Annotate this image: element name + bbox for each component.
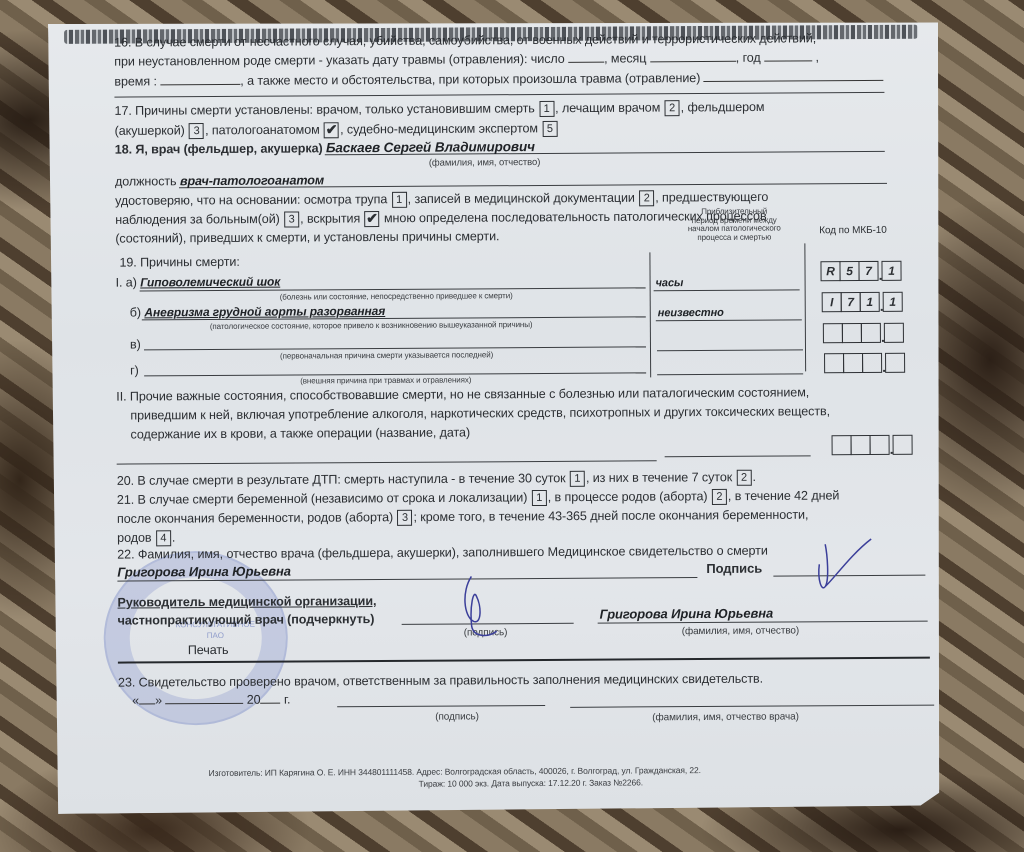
stamp-label: Печать <box>188 643 229 657</box>
item18-label: 18. Я, врач (фельдшер, акушерка) <box>115 141 323 156</box>
part2-period-line[interactable] <box>665 455 811 457</box>
icd-cell[interactable]: R <box>820 261 840 281</box>
item20-text: 20. В случае смерти в результате ДТП: см… <box>117 471 566 488</box>
icd-cell[interactable] <box>823 323 843 343</box>
icd-cell[interactable] <box>832 435 852 455</box>
item21-text: , в процессе родов (аборта) <box>548 489 708 504</box>
item18-text: наблюдения за больным(ой) <box>115 212 280 227</box>
period-a-line <box>654 289 800 291</box>
item23-signature-caption: (подпись) <box>435 711 479 722</box>
icd-code-a[interactable]: R 5 7 1 <box>821 261 901 281</box>
item21-line1: 21. В случае смерти беременной (независи… <box>117 488 839 508</box>
item16-year-field[interactable] <box>764 60 812 61</box>
head-label-2: частнопрактикующий врач (подчеркнуть) <box>118 612 375 628</box>
icd-code-c[interactable] <box>824 323 904 343</box>
icd-cell[interactable]: 1 <box>860 292 880 312</box>
item18-position: должность врач-патологоанатом <box>115 173 324 188</box>
item20-option-2[interactable]: 2 <box>736 470 751 486</box>
item16-extra-line <box>114 92 884 98</box>
icd-dot <box>882 355 886 373</box>
part2-value-line[interactable] <box>117 460 657 464</box>
item20-option-1[interactable]: 1 <box>570 471 585 487</box>
part2-line3: содержание их в крови, а также операции … <box>130 425 470 441</box>
item16-time-field[interactable] <box>160 84 240 85</box>
icd-cell[interactable] <box>870 435 890 455</box>
signature-label: Подпись <box>706 561 762 576</box>
head-name-caption: (фамилия, имя, отчество) <box>682 625 799 637</box>
cause-a-field[interactable]: Гиповолемический шок <box>140 275 280 290</box>
item16-line1: 16. В случае смерти от несчастного случа… <box>114 31 816 49</box>
item21-text: , в течение 42 дней <box>728 489 840 504</box>
cause-row-label: б) <box>130 305 141 319</box>
part2-line2: приведшим к ней, включая употребление ал… <box>130 404 830 422</box>
quote-open: « <box>132 693 139 707</box>
cause-row-d: г) <box>130 363 139 377</box>
item17-text: (акушеркой) <box>115 123 185 137</box>
item16-line2: при неустановленном роде смерти - указат… <box>114 50 819 68</box>
icd-cell[interactable] <box>851 435 871 455</box>
item20-text: , из них в течение 7 суток <box>586 470 732 485</box>
item19-title: 19. Причины смерти: <box>119 255 239 270</box>
item18-text: , вскрытия <box>300 211 360 225</box>
item17-text: , фельдшером <box>681 100 765 115</box>
position-label: должность <box>115 174 177 188</box>
footer-publisher: Изготовитель: ИП Карягина О. Е. ИНН 3448… <box>209 765 701 778</box>
icd-cell[interactable] <box>862 353 882 373</box>
item23-label: 23. Свидетельство проверено врачом, отве… <box>118 672 763 690</box>
item21-line3: родов 4. <box>117 530 175 546</box>
item21-text: . <box>172 531 175 545</box>
icd-cell[interactable] <box>824 353 844 373</box>
item23-name-caption: (фамилия, имя, отчество врача) <box>652 711 799 723</box>
period-header: Приблизительный период времени между нач… <box>669 207 799 242</box>
icd-dot <box>890 437 894 455</box>
item16-line3: время : , а также место и обстоятельства… <box>114 70 883 89</box>
column-divider-left <box>649 252 651 377</box>
cause-a-caption: (болезнь или состояние, непосредственно … <box>280 291 513 301</box>
item16-circumstances-field[interactable] <box>704 80 884 82</box>
item16-month-field[interactable] <box>650 61 736 63</box>
item21-option-4[interactable]: 4 <box>156 530 171 546</box>
filler-name-field[interactable]: Григорова Ирина Юрьевна <box>117 564 291 580</box>
icd-code-part2[interactable] <box>833 435 913 455</box>
icd10-header: Код по МКБ-10 <box>819 225 886 236</box>
icd-cell[interactable]: I <box>822 292 842 312</box>
item18-option-2[interactable]: 2 <box>639 190 654 206</box>
cause-c-caption: (первоначальная причина смерти указывает… <box>280 350 493 360</box>
item17-line1: 17. Причины смерти установлены: врачом, … <box>114 100 764 120</box>
item17-option-1[interactable]: 1 <box>539 101 554 117</box>
icd-dot <box>878 263 882 281</box>
item20: 20. В случае смерти в результате ДТП: см… <box>117 470 756 490</box>
icd-cell[interactable] <box>885 353 905 373</box>
item16-time-label: время : <box>114 74 157 88</box>
part2-line1: II. Прочие важные состояния, способствов… <box>116 385 809 403</box>
icd-cell[interactable] <box>842 323 862 343</box>
item17-option-4-checkmark-icon[interactable]: ✔ <box>324 122 339 138</box>
head-label-1: Руководитель медицинской организации, <box>117 594 376 610</box>
icd-cell[interactable] <box>843 353 863 373</box>
item17-text: , судебно-медицинским экспертом <box>340 121 538 136</box>
item18-text: удостоверяю, что на основании: осмотра т… <box>115 192 387 208</box>
item21-text: ; кроме того, в течение 43-365 дней посл… <box>413 508 808 524</box>
item17-text: , лечащим врачом <box>555 101 660 116</box>
item21-text: после окончания беременности, родов (або… <box>117 510 393 526</box>
icd-cell[interactable]: 7 <box>858 261 878 281</box>
item22-label: 22. Фамилия, имя, отчество врача (фельдш… <box>117 544 768 562</box>
column-divider-right <box>804 243 806 371</box>
item18-option-3[interactable]: 3 <box>284 211 299 227</box>
icd-dot <box>880 294 884 312</box>
icd-cell[interactable]: 5 <box>839 261 859 281</box>
item21-option-2[interactable]: 2 <box>712 489 727 505</box>
icd-dot <box>881 325 885 343</box>
item18-name-caption: (фамилия, имя, отчество) <box>429 157 540 169</box>
cause-row-label: в) <box>130 337 141 351</box>
icd-cell[interactable]: 7 <box>841 292 861 312</box>
icd-cell[interactable] <box>861 323 881 343</box>
cause-row-a: I. а) Гиповолемический шок <box>116 275 281 290</box>
head-name-field[interactable]: Григорова Ирина Юрьевна <box>600 606 774 622</box>
icd-cell[interactable]: 1 <box>881 261 901 281</box>
item21-text: 21. В случае смерти беременной (независи… <box>117 490 527 507</box>
item21-line2: после окончания беременности, родов (або… <box>117 507 808 527</box>
quote-close: » <box>155 693 162 707</box>
period-header-line: процесса и смертью <box>669 233 799 242</box>
icd-cell[interactable]: 1 <box>883 292 903 312</box>
icd-code-d[interactable] <box>825 353 905 373</box>
period-b-line <box>656 319 802 321</box>
item17-option-3[interactable]: 3 <box>189 123 204 139</box>
stamp-text-line: ПАО <box>176 630 255 641</box>
period-a-field[interactable]: часы <box>656 277 684 289</box>
item23-day-field[interactable] <box>139 703 155 704</box>
footer-print-run: Тираж: 10 000 экз. Дата выпуска: 17.12.2… <box>419 777 643 788</box>
cause-b-caption: (патологическое состояние, которое приве… <box>210 320 533 331</box>
cause-d-caption: (внешняя причина при травмах и отравлени… <box>300 375 471 385</box>
item18-line3: удостоверяю, что на основании: осмотра т… <box>115 190 768 210</box>
item17-option-2[interactable]: 2 <box>665 100 680 116</box>
icd-cell[interactable] <box>893 435 913 455</box>
item16-month-label: , месяц <box>604 51 646 65</box>
item17-text: , патологоанатомом <box>205 123 320 138</box>
item21-option-1[interactable]: 1 <box>532 490 547 506</box>
cause-b-field[interactable]: Аневризма грудной аорты разорванная <box>144 304 385 319</box>
item18-line1: 18. Я, врач (фельдшер, акушерка) Баскаев… <box>115 139 535 157</box>
item23-year-field[interactable] <box>261 703 281 704</box>
cause-c-line <box>144 346 646 350</box>
item16-date-label: при неустановленном роде смерти - указат… <box>114 52 565 69</box>
item18-text: , записей в медицинской документации <box>408 191 635 206</box>
signature-scribble-2 <box>811 524 891 604</box>
item23-name-line[interactable] <box>570 705 934 708</box>
icd-cell[interactable] <box>884 323 904 343</box>
position-field[interactable]: врач-патологоанатом <box>180 173 324 188</box>
item18-option-4-checkmark-icon[interactable]: ✔ <box>365 211 380 227</box>
item23-signature-line[interactable] <box>337 705 545 707</box>
item16-year-label: , год <box>736 51 761 65</box>
item18-option-1[interactable]: 1 <box>392 192 407 208</box>
item17-option-5[interactable]: 5 <box>542 121 557 137</box>
signature-scribble-1 <box>451 566 531 646</box>
cause-row-label: I. а) <box>116 275 137 289</box>
item17-line2: (акушеркой) 3, патологоанатомом ✔, судеб… <box>115 121 559 140</box>
item21-text: родов <box>117 531 151 545</box>
cause-row-label: г) <box>130 363 139 377</box>
item17-text: 17. Причины смерти установлены: врачом, … <box>114 101 534 118</box>
item16-day-field[interactable] <box>568 62 604 63</box>
year-suffix: г. <box>284 693 290 707</box>
item18-line5: (состояний), приведших к смерти, и устан… <box>115 229 499 245</box>
cause-row-c: в) <box>130 337 141 351</box>
year-prefix: 20 <box>247 693 261 707</box>
period-c-line <box>657 349 803 351</box>
item23-date: «» 20 г. <box>132 693 290 708</box>
icd-code-b[interactable]: I 7 1 1 <box>823 292 903 312</box>
cause-row-b: б) Аневризма грудной аорты разорванная <box>130 304 386 320</box>
death-certificate-page: 16. В случае смерти от несчастного случа… <box>48 19 943 814</box>
item21-option-3[interactable]: 3 <box>397 510 412 526</box>
period-d-line <box>657 373 803 375</box>
item18-text: , предшествующего <box>655 190 768 205</box>
period-b-field[interactable]: неизвестно <box>658 307 724 319</box>
item16-circumstances-label: , а также место и обстоятельства, при ко… <box>240 71 700 88</box>
item20-text: . <box>752 470 755 484</box>
item23-month-field[interactable] <box>165 703 243 704</box>
doctor-name-field[interactable]: Баскаев Сергей Владимирович <box>326 139 535 155</box>
